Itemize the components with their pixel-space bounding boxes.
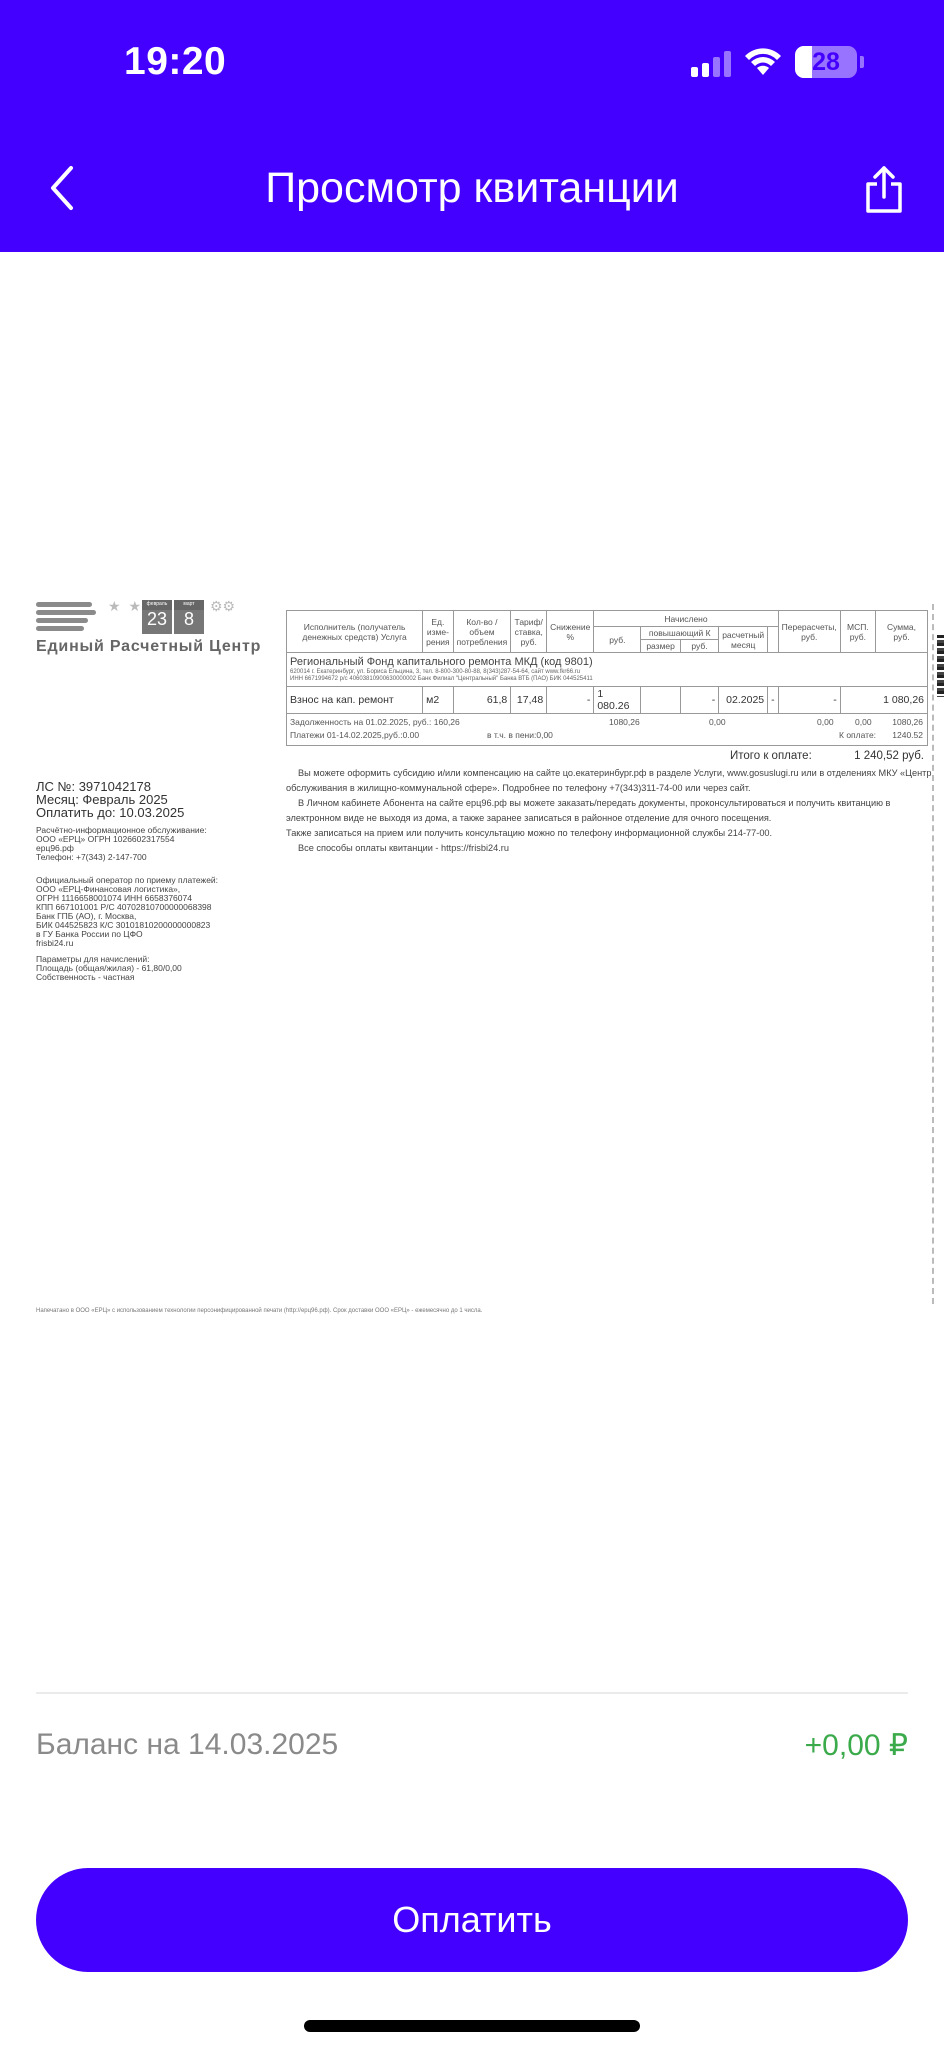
logo-lines-icon: [36, 602, 96, 634]
page-title: Просмотр квитанции: [0, 164, 944, 213]
cellular-signal-icon: [691, 47, 731, 77]
receipt-footnote: Напечатано в ООО «ЕРЦ» с использованием …: [36, 1308, 482, 1314]
divider: [36, 1692, 908, 1694]
share-button[interactable]: [854, 160, 914, 220]
receipt-notes: Вы можете оформить субсидию и/или компен…: [286, 766, 936, 856]
erc-logo: ★ ★ февраль23 март8 ⚙⚙ Единый Расчетный …: [34, 596, 274, 656]
calendar-icon: февраль23 март8: [142, 600, 204, 634]
cut-line: [932, 604, 934, 1304]
home-indicator[interactable]: [304, 2020, 640, 2032]
bill-table-wrap: Исполнитель (получатель денежных средств…: [286, 610, 928, 856]
logo-text: Единый Расчетный Центр: [36, 638, 261, 656]
gears-icon: ⚙⚙: [210, 598, 235, 615]
status-icons: 28: [691, 46, 864, 78]
wifi-icon: [743, 47, 783, 77]
operator-info: Официальный оператор по приему платежей:…: [36, 876, 266, 948]
table-row: Взнос на кап. ремонт м2 61,8 17,48 - 1 0…: [287, 687, 928, 714]
battery-percent: 28: [812, 48, 840, 77]
service-info: Расчётно-информационное обслуживание: ОО…: [36, 826, 266, 862]
battery-cap: [860, 56, 864, 68]
balance-label: Баланс на 14.03.2025: [36, 1728, 338, 1762]
status-time: 19:20: [124, 40, 226, 84]
pay-button[interactable]: Оплатить: [36, 1868, 908, 1972]
app-header: 19:20 28 Просмотр квитанции: [0, 0, 944, 252]
payments-text: Платежи 01-14.02.2025,руб.:0.00: [290, 730, 419, 740]
total-label: Итого к оплате:: [730, 750, 812, 762]
due-date: Оплатить до: 10.03.2025: [36, 806, 266, 819]
total-line: Итого к оплате: 1 240,52 руб.: [286, 748, 928, 766]
bill-table: Исполнитель (получатель денежных средств…: [286, 610, 928, 714]
bill-summary: Задолженность на 01.02.2025, руб.: 160,2…: [286, 714, 928, 746]
org-block: Региональный Фонд капитального ремонта М…: [287, 653, 928, 687]
org-address: 620014 г. Екатеринбург, ул. Бориса Ельци…: [290, 669, 924, 676]
share-icon: [864, 165, 904, 215]
total-value: 1 240,52 руб.: [854, 750, 924, 762]
org-name: Региональный Фонд капитального ремонта М…: [290, 656, 924, 669]
account-info: ЛС №: 3971042178 Месяц: Февраль 2025 Опл…: [36, 780, 266, 982]
stars-icon: ★ ★: [108, 598, 143, 615]
qr-code-icon: [937, 635, 944, 697]
to-pay-value: 1240.52: [892, 730, 923, 740]
receipt-document: ★ ★ февраль23 март8 ⚙⚙ Единый Расчетный …: [0, 590, 944, 1320]
billing-params: Параметры для начислений: Площадь (общая…: [36, 955, 266, 982]
org-bank: ИНН 6671994672 р/с 40603810900630000002 …: [290, 676, 924, 683]
balance-value: +0,00 ₽: [805, 1728, 908, 1763]
battery-icon: 28: [795, 46, 857, 78]
debt-text: Задолженность на 01.02.2025, руб.: 160,2…: [290, 717, 460, 727]
penalty-text: в т.ч. в пени:0,00: [487, 730, 553, 740]
